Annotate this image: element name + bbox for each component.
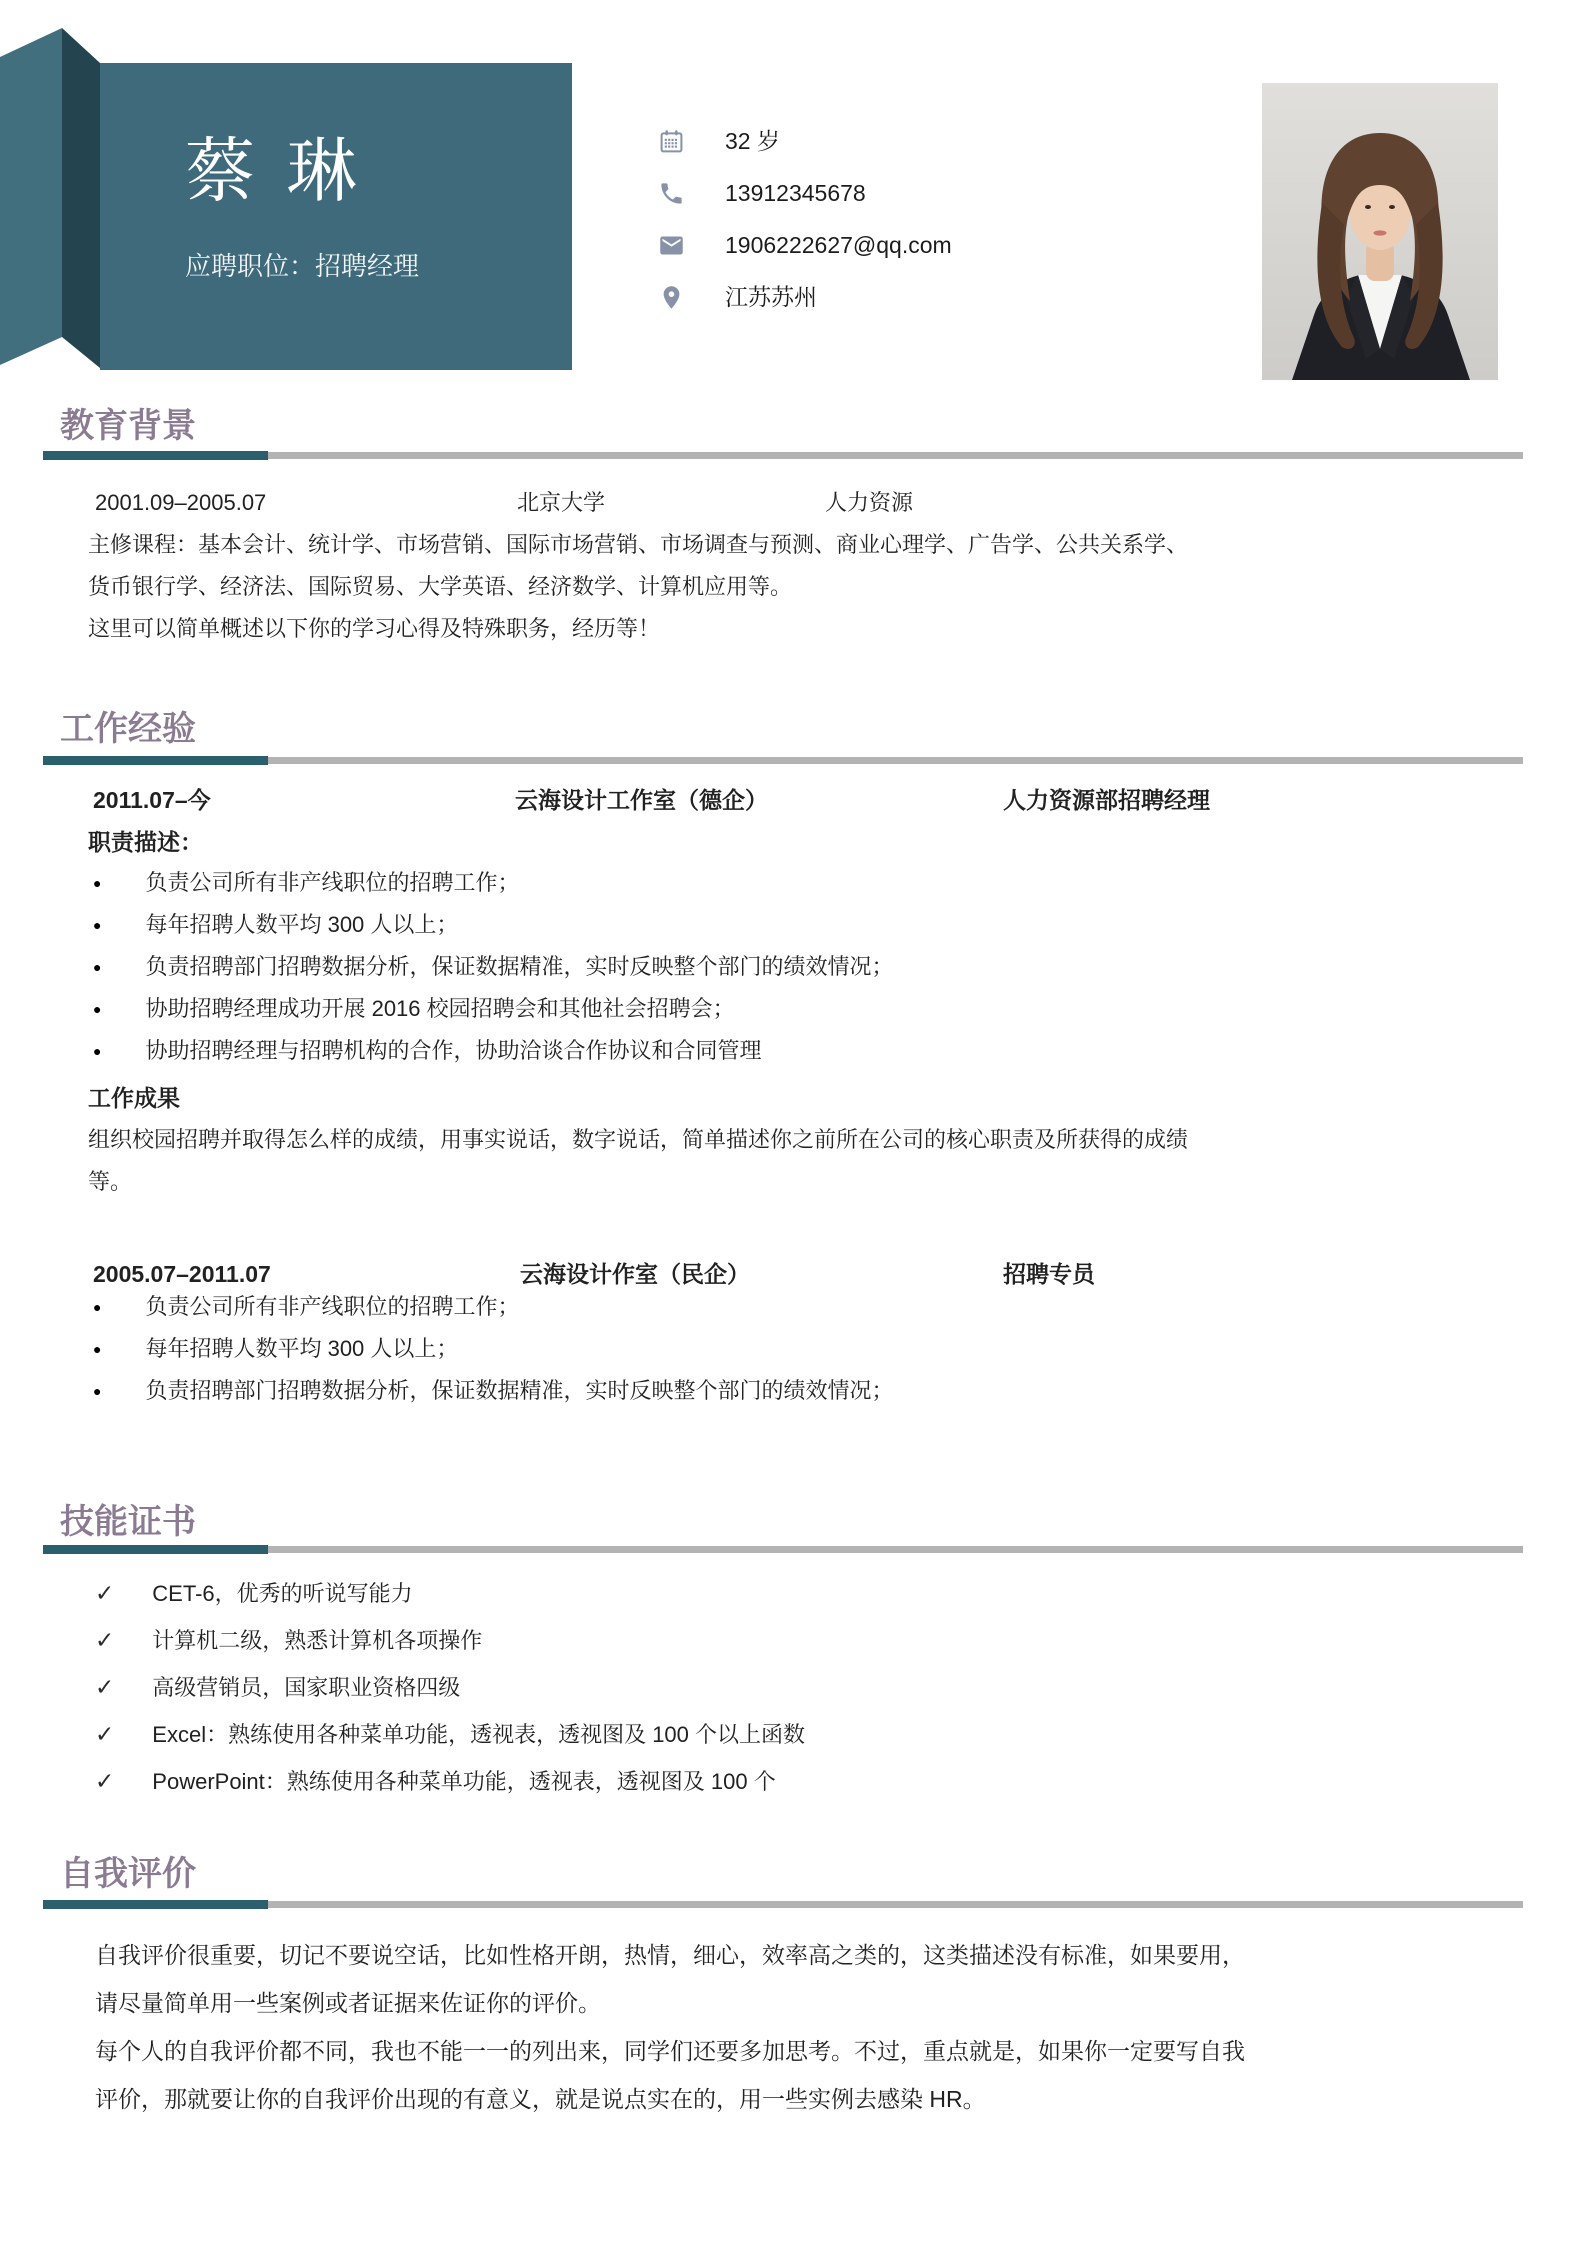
job-bullet: ●每年招聘人数平均 300 人以上； — [93, 904, 458, 946]
skill-item: ✓Excel：熟练使用各种菜单功能，透视表，透视图及 100 个以上函数 — [95, 1711, 805, 1758]
section-title-skills: 技能证书 — [60, 1494, 196, 1543]
skill-item: ✓CET-6，优秀的听说写能力 — [95, 1570, 413, 1617]
self-eval-line: 自我评价很重要，切记不要说空话，比如性格开朗，热情，细心，效率高之类的，这类描述… — [95, 1931, 1245, 1979]
checkmark-icon: ✓ — [95, 1721, 114, 1747]
job-bullet: ●负责公司所有非产线职位的招聘工作； — [93, 862, 519, 904]
job-bullet: ●负责公司所有非产线职位的招聘工作； — [93, 1286, 519, 1328]
education-line: 货币银行学、经济法、国际贸易、大学英语、经济数学、计算机应用等。 — [88, 566, 792, 608]
section-title-education: 教育背景 — [60, 398, 196, 447]
job-duty-label: 职责描述： — [88, 821, 203, 863]
section-divider — [43, 1546, 1523, 1553]
applied-position: 应聘职位：招聘经理 — [185, 246, 419, 283]
email-icon — [658, 232, 685, 264]
calendar-icon — [658, 128, 685, 160]
education-period: 2001.09–2005.07 — [95, 482, 266, 524]
job-bullet: ●负责招聘部门招聘数据分析，保证数据精准，实时反映整个部门的绩效情况； — [93, 946, 893, 988]
bullet-icon: ● — [93, 1001, 101, 1017]
phone-value: 13912345678 — [725, 179, 866, 207]
ribbon-fold-icon — [62, 0, 100, 368]
job-bullet: ●协助招聘经理成功开展 2016 校园招聘会和其他社会招聘会； — [93, 988, 735, 1030]
section-divider — [43, 757, 1523, 764]
self-eval-line: 评价，那就要让你的自我评价出现的有意义，就是说点实在的，用一些实例去感染 HR。 — [95, 2075, 986, 2123]
phone-icon — [658, 180, 685, 212]
job-bullet: ●负责招聘部门招聘数据分析，保证数据精准，实时反映整个部门的绩效情况； — [93, 1370, 893, 1412]
job-role: 人力资源部招聘经理 — [1003, 779, 1210, 821]
bullet-icon: ● — [93, 1341, 101, 1357]
bullet-icon: ● — [93, 1299, 101, 1315]
job-result-line: 组织校园招聘并取得怎么样的成绩，用事实说话，数字说话，简单描述你之前所在公司的核… — [88, 1119, 1188, 1161]
email-value: 1906222627@qq.com — [725, 231, 952, 259]
checkmark-icon: ✓ — [95, 1674, 114, 1700]
divider-accent — [43, 451, 268, 460]
self-eval-line: 请尽量简单用一些案例或者证据来佐证你的评价。 — [95, 1979, 601, 2027]
education-school: 北京大学 — [517, 482, 605, 524]
education-major: 人力资源 — [825, 482, 913, 524]
checkmark-icon: ✓ — [95, 1580, 114, 1606]
divider-accent — [43, 1545, 268, 1554]
candidate-name: 蔡 琳 — [185, 132, 362, 210]
section-title-work: 工作经验 — [60, 701, 196, 750]
job-bullet: ●协助招聘经理与招聘机构的合作，协助洽谈合作协议和合同管理 — [93, 1030, 761, 1072]
bullet-icon: ● — [93, 875, 101, 891]
bullet-icon: ● — [93, 959, 101, 975]
skill-item: ✓高级营销员，国家职业资格四级 — [95, 1664, 460, 1711]
job-result-label: 工作成果 — [88, 1077, 180, 1119]
job-company: 云海设计工作室（德企） — [515, 779, 768, 821]
header-banner — [100, 63, 572, 370]
age-value: 32 岁 — [725, 127, 780, 155]
skill-item: ✓PowerPoint：熟练使用各种菜单功能，透视表，透视图及 100 个 — [95, 1758, 776, 1805]
ribbon-front — [0, 0, 62, 365]
resume-page: 蔡 琳 应聘职位：招聘经理 32 岁 13912345678 190622262… — [0, 0, 1587, 2245]
job-company: 云海设计作室（民企） — [520, 1253, 750, 1295]
job-role: 招聘专员 — [1003, 1253, 1095, 1295]
job-bullet: ●每年招聘人数平均 300 人以上； — [93, 1328, 458, 1370]
job-result-line: 等。 — [88, 1161, 132, 1203]
divider-accent — [43, 756, 268, 765]
bullet-icon: ● — [93, 1383, 101, 1399]
location-value: 江苏苏州 — [725, 283, 817, 311]
section-divider — [43, 1901, 1523, 1908]
education-line: 主修课程：基本会计、统计学、市场营销、国际市场营销、市场调查与预测、商业心理学、… — [88, 524, 1188, 566]
candidate-photo — [1262, 83, 1498, 380]
education-line: 这里可以简单概述以下你的学习心得及特殊职务，经历等！ — [88, 608, 660, 650]
section-divider — [43, 452, 1523, 459]
bullet-icon: ● — [93, 1043, 101, 1059]
divider-accent — [43, 1900, 268, 1909]
self-eval-line: 每个人的自我评价都不同，我也不能一一的列出来，同学们还要多加思考。不过，重点就是… — [95, 2027, 1245, 2075]
checkmark-icon: ✓ — [95, 1627, 114, 1653]
skill-item: ✓计算机二级，熟悉计算机各项操作 — [95, 1617, 482, 1664]
location-icon — [658, 284, 685, 316]
checkmark-icon: ✓ — [95, 1768, 114, 1794]
bullet-icon: ● — [93, 917, 101, 933]
job-period: 2011.07–今 — [93, 779, 211, 821]
section-title-self-eval: 自我评价 — [60, 1846, 196, 1895]
